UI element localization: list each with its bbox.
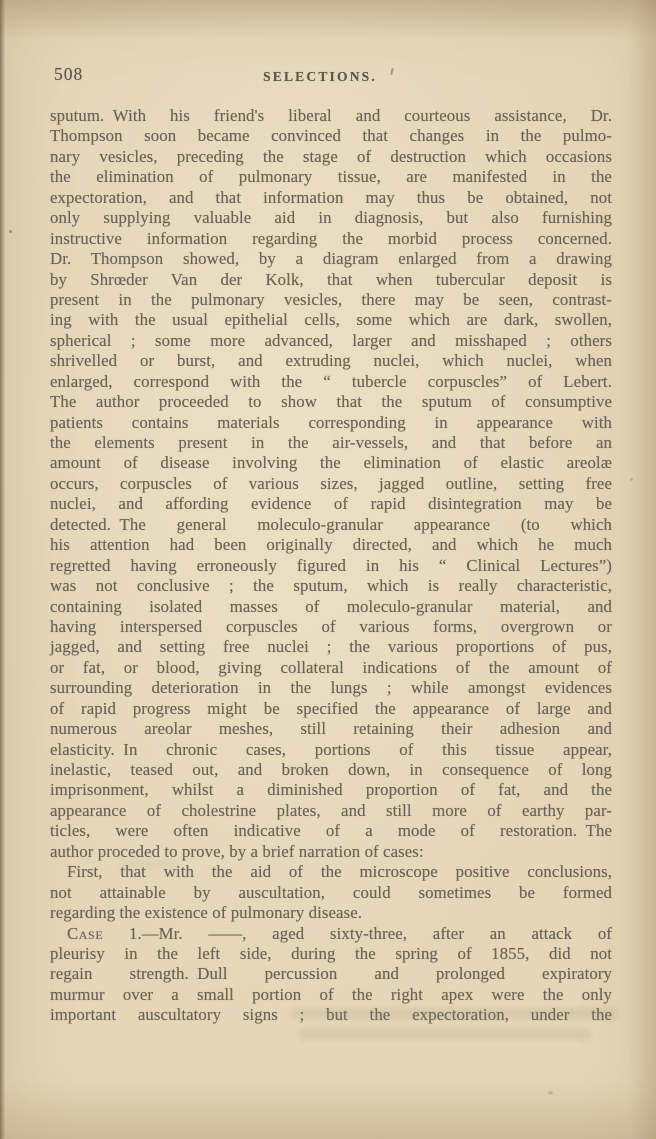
page-text: sputum. With his friend's liberal and co… xyxy=(50,106,612,1026)
text-line: murmur over a small portion of the right… xyxy=(50,985,612,1005)
text-line: was not conclusive ; the sputum, which i… xyxy=(50,576,612,596)
text-line: numerous areolar meshes, still retaining… xyxy=(50,719,612,739)
book-page-scan: 508 SELECTIONS. sputum. With his friend'… xyxy=(0,0,656,1139)
text-line: amount of disease involving the eliminat… xyxy=(50,453,612,473)
text-line: only supplying valuable aid in diagnosis… xyxy=(50,208,612,228)
text-line: detected. The general moleculo-granular … xyxy=(50,515,612,535)
text-line: of rapid progress might be specified the… xyxy=(50,699,612,719)
text-line: enlarged, correspond with the “ tubercle… xyxy=(50,372,612,392)
text-line: ing with the usual epithelial cells, som… xyxy=(50,310,612,330)
text-line: regretted having erroneously figured in … xyxy=(50,556,612,576)
paragraph: Case 1.—Mr. ——, aged sixty-three, after … xyxy=(50,924,612,1026)
case-label: Case xyxy=(67,924,103,943)
text-line: shrivelled or burst, and extruding nucle… xyxy=(50,351,612,371)
text-line: jagged, and setting free nuclei ; the va… xyxy=(50,637,612,657)
text-line: First, that with the aid of the microsco… xyxy=(50,862,612,882)
text-line: Dr. Thompson showed, by a diagram enlarg… xyxy=(50,249,612,269)
running-title: SELECTIONS. xyxy=(0,69,640,85)
text-line: present in the pulmonary vesicles, there… xyxy=(50,290,612,310)
text-line: regain strength. Dull percussion and pro… xyxy=(50,964,612,984)
text-line: pleurisy in the left side, during the sp… xyxy=(50,944,612,964)
text-line: appearance of cholestrine plates, and st… xyxy=(50,801,612,821)
ink-speck xyxy=(630,478,633,481)
text-line: not attainable by auscultation, could so… xyxy=(50,883,612,903)
bleed-through-line xyxy=(300,1029,590,1040)
text-line: patients contains materials correspondin… xyxy=(50,413,612,433)
text-line: The author proceeded to show that the sp… xyxy=(50,392,612,412)
text-line: imprisonment, whilst a diminished propor… xyxy=(50,780,612,800)
text-line: important auscultatory signs ; but the e… xyxy=(50,1005,612,1025)
text-line: Case 1.—Mr. ——, aged sixty-three, after … xyxy=(50,924,612,944)
text-line: Thompson soon became convinced that chan… xyxy=(50,126,612,146)
paragraph: First, that with the aid of the microsco… xyxy=(50,862,612,923)
text-line: containing isolated masses of moleculo-g… xyxy=(50,597,612,617)
text-line: ticles, were often indicative of a mode … xyxy=(50,821,612,841)
text-line: nary vesicles, preceding the stage of de… xyxy=(50,147,612,167)
text-line: regarding the existence of pulmonary dis… xyxy=(50,903,612,923)
text-line: nuclei, and affording evidence of rapid … xyxy=(50,494,612,514)
text-line: instructive information regarding the mo… xyxy=(50,229,612,249)
ink-speck xyxy=(9,230,12,233)
text-line: or fat, or blood, giving collateral indi… xyxy=(50,658,612,678)
text-line: sputum. With his friend's liberal and co… xyxy=(50,106,612,126)
text-line: expectoration, and that information may … xyxy=(50,188,612,208)
text-line: elasticity. In chronic cases, portions o… xyxy=(50,740,612,760)
text-line: spherical ; some more advanced, larger a… xyxy=(50,331,612,351)
paragraph: sputum. With his friend's liberal and co… xyxy=(50,106,612,862)
text-line: his attention had been originally direct… xyxy=(50,535,612,555)
text-line: the elements present in the air-vessels,… xyxy=(50,433,612,453)
text-line: the elimination of pulmonary tissue, are… xyxy=(50,167,612,187)
ink-speck xyxy=(548,1091,553,1095)
text-line: having interspersed corpuscles of variou… xyxy=(50,617,612,637)
text-line: author proceded to prove, by a brief nar… xyxy=(50,842,612,862)
text-line: by Shrœder Van der Kolk, that when tuber… xyxy=(50,270,612,290)
text-line: surrounding deterioration in the lungs ;… xyxy=(50,678,612,698)
text-line: occurs, corpuscles of various sizes, jag… xyxy=(50,474,612,494)
text-line: inelastic, teased out, and broken down, … xyxy=(50,760,612,780)
